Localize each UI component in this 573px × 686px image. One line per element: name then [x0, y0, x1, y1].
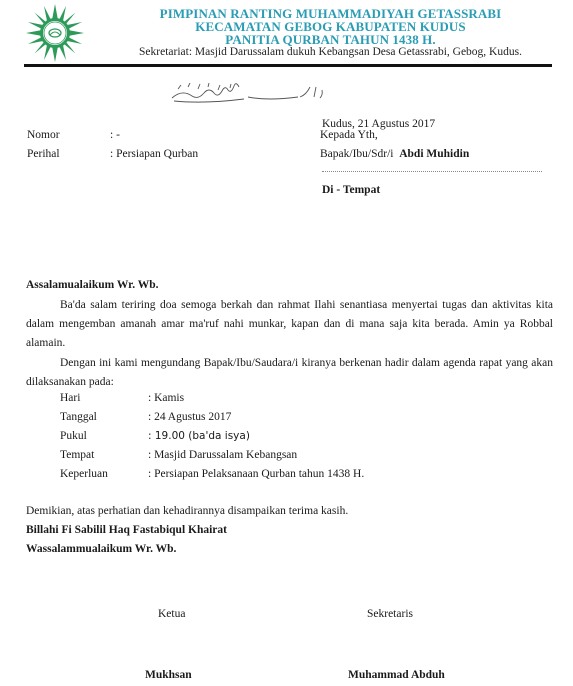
agenda-label: Tempat: [60, 448, 94, 462]
letterhead-divider: [24, 64, 552, 67]
letterhead-committee: PANITIA QURBAN TAHUN 1438 H.: [88, 33, 573, 46]
agenda-value: : Masjid Darussalam Kebangsan: [148, 448, 297, 462]
agenda-value: : 19.00 (ba'da isya): [148, 429, 250, 443]
recipient-location: Di - Tempat: [322, 183, 380, 197]
recipient-line: Bapak/Ibu/Sdr/i Abdi Muhidin: [320, 147, 469, 161]
letterhead-secretariat: Sekretariat: Masjid Darussalam dukuh Keb…: [88, 46, 573, 58]
farewell: Wassalammualaikum Wr. Wb.: [26, 542, 176, 556]
signature-name-sekretaris: Muhammad Abduh: [348, 668, 445, 682]
perihal-value: : Persiapan Qurban: [110, 147, 198, 161]
closing-text: Demikian, atas perhatian dan kehadiranny…: [26, 504, 348, 518]
agenda-label: Hari: [60, 391, 80, 405]
paragraph-2: Dengan ini kami mengundang Bapak/Ibu/Sau…: [26, 354, 553, 392]
agenda-value: : Kamis: [148, 391, 184, 405]
nomor-label: Nomor: [27, 128, 60, 142]
recipient-dotted-line: [322, 169, 542, 172]
signature-name-ketua: Mukhsan: [145, 668, 192, 682]
nomor-value: : -: [110, 128, 120, 142]
agenda-label: Keperluan: [60, 467, 108, 481]
perihal-label: Perihal: [27, 147, 60, 161]
recipient-salutation: Bapak/Ibu/Sdr/i: [320, 148, 393, 160]
greeting: Assalamualaikum Wr. Wb.: [26, 278, 159, 292]
agenda-label: Pukul: [60, 429, 87, 443]
agenda-value: : 24 Agustus 2017: [148, 410, 231, 424]
recipient-name: Abdi Muhidin: [399, 148, 469, 160]
motto: Billahi Fi Sabilil Haq Fastabiqul Khaira…: [26, 523, 227, 537]
signature-role-sekretaris: Sekretaris: [367, 607, 413, 621]
signature-role-ketua: Ketua: [158, 607, 185, 621]
recipient-kepada: Kepada Yth,: [320, 128, 378, 142]
agenda-value: : Persiapan Pelaksanaan Qurban tahun 143…: [148, 467, 364, 481]
bismillah-calligraphy-icon: [168, 81, 328, 105]
agenda-label: Tanggal: [60, 410, 97, 424]
paragraph-1: Ba'da salam teriring doa semoga berkah d…: [26, 296, 553, 353]
muhammadiyah-logo-icon: [24, 2, 86, 64]
